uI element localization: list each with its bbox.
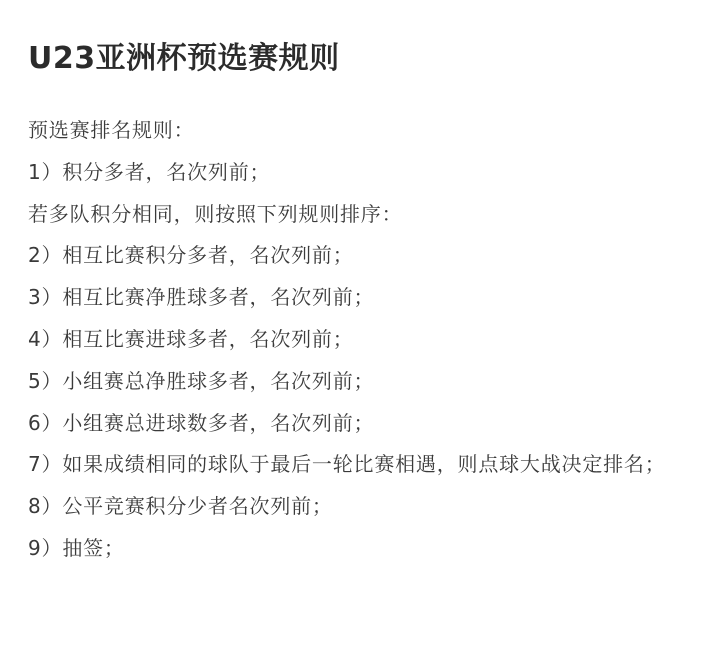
tiebreak-intro: 若多队积分相同，则按照下列规则排序： — [28, 194, 692, 236]
section-heading: 预选赛排名规则： — [28, 110, 692, 152]
rule-item: 8）公平竞赛积分少者名次列前； — [28, 486, 692, 528]
rule-item: 7）如果成绩相同的球队于最后一轮比赛相遇，则点球大战决定排名； — [28, 444, 692, 486]
rule-item: 1）积分多者，名次列前； — [28, 152, 692, 194]
rule-item: 6）小组赛总进球数多者，名次列前； — [28, 403, 692, 445]
page-title: U23亚洲杯预选赛规则 — [28, 38, 692, 80]
article-body: 预选赛排名规则： 1）积分多者，名次列前； 若多队积分相同，则按照下列规则排序：… — [28, 110, 692, 570]
rule-item: 9）抽签； — [28, 528, 692, 570]
rule-item: 4）相互比赛进球多者，名次列前； — [28, 319, 692, 361]
article: U23亚洲杯预选赛规则 预选赛排名规则： 1）积分多者，名次列前； 若多队积分相… — [0, 0, 720, 647]
rule-item: 5）小组赛总净胜球多者，名次列前； — [28, 361, 692, 403]
rule-item: 3）相互比赛净胜球多者，名次列前； — [28, 277, 692, 319]
rule-item: 2）相互比赛积分多者，名次列前； — [28, 235, 692, 277]
